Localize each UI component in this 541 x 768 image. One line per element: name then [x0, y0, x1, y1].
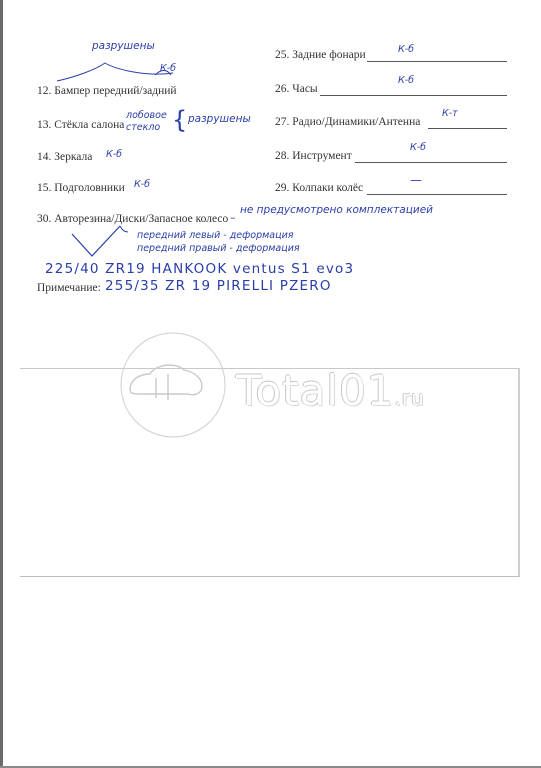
item-27-line: [428, 128, 507, 129]
item-15-label: 15. Подголовники: [37, 183, 125, 195]
item-14-label: 14. Зеркала: [37, 152, 92, 164]
car-in-circle-icon: [118, 330, 228, 440]
handwritten-note-glass-line1: лобовое: [126, 111, 167, 121]
handwritten-dash: –: [230, 212, 236, 223]
handwritten-checkmark-icon: [70, 222, 130, 262]
handwritten-tire-rear: 255/35 ZR 19 PIRELLI PZERO: [105, 280, 332, 294]
handwritten-note-bumper-above: разрушены: [92, 41, 155, 52]
item-26-line: [320, 95, 507, 96]
handwritten-note-bumper: К-б: [160, 64, 176, 74]
handwritten-note-hubcaps: —: [410, 174, 422, 186]
watermark: Total01.ru: [118, 330, 418, 440]
item-29-line: [367, 194, 507, 195]
item-26-label: 26. Часы: [275, 84, 318, 96]
handwritten-note-tires: не предусмотрено комплектацией: [240, 205, 433, 216]
handwritten-note-rear-lights: К-б: [398, 45, 414, 55]
handwritten-note-mirrors: К-б: [106, 150, 122, 160]
item-13-label: 13. Стёкла салона: [37, 120, 124, 132]
handwritten-tire-front: 225/40 ZR19 HANKOOK ventus S1 evo3: [45, 263, 354, 277]
watermark-text: Total01.ru: [236, 366, 425, 415]
scan-edge-left: [0, 0, 3, 768]
item-25-line: [367, 61, 507, 62]
handwritten-note-clock: К-б: [398, 76, 414, 86]
handwritten-note-radio: К-т: [442, 109, 458, 119]
handwritten-brace-bumper: [55, 55, 175, 85]
handwritten-detail-front-left: передний левый - деформация: [137, 231, 293, 241]
remark-label: Примечание:: [37, 283, 101, 295]
item-28-label: 28. Инструмент: [275, 151, 352, 163]
item-25-label: 25. Задние фонари: [275, 50, 366, 62]
handwritten-detail-front-right: передний правый - деформация: [137, 244, 300, 254]
item-12-label: 12. Бампер передний/задний: [37, 86, 177, 98]
handwritten-note-tools: К-б: [410, 143, 426, 153]
handwritten-note-glass-line2: стекло: [126, 123, 160, 133]
item-29-label: 29. Колпаки колёс: [275, 183, 363, 195]
handwritten-note-glass-result: разрушены: [188, 114, 251, 125]
item-30-label: 30. Авторезина/Диски/Запасное колесо: [37, 214, 228, 226]
handwritten-note-headrests: К-б: [134, 180, 150, 190]
handwritten-brace-glass: {: [172, 108, 187, 132]
item-27-label: 27. Радио/Динамики/Антенна: [275, 117, 420, 129]
item-28-line: [355, 162, 507, 163]
